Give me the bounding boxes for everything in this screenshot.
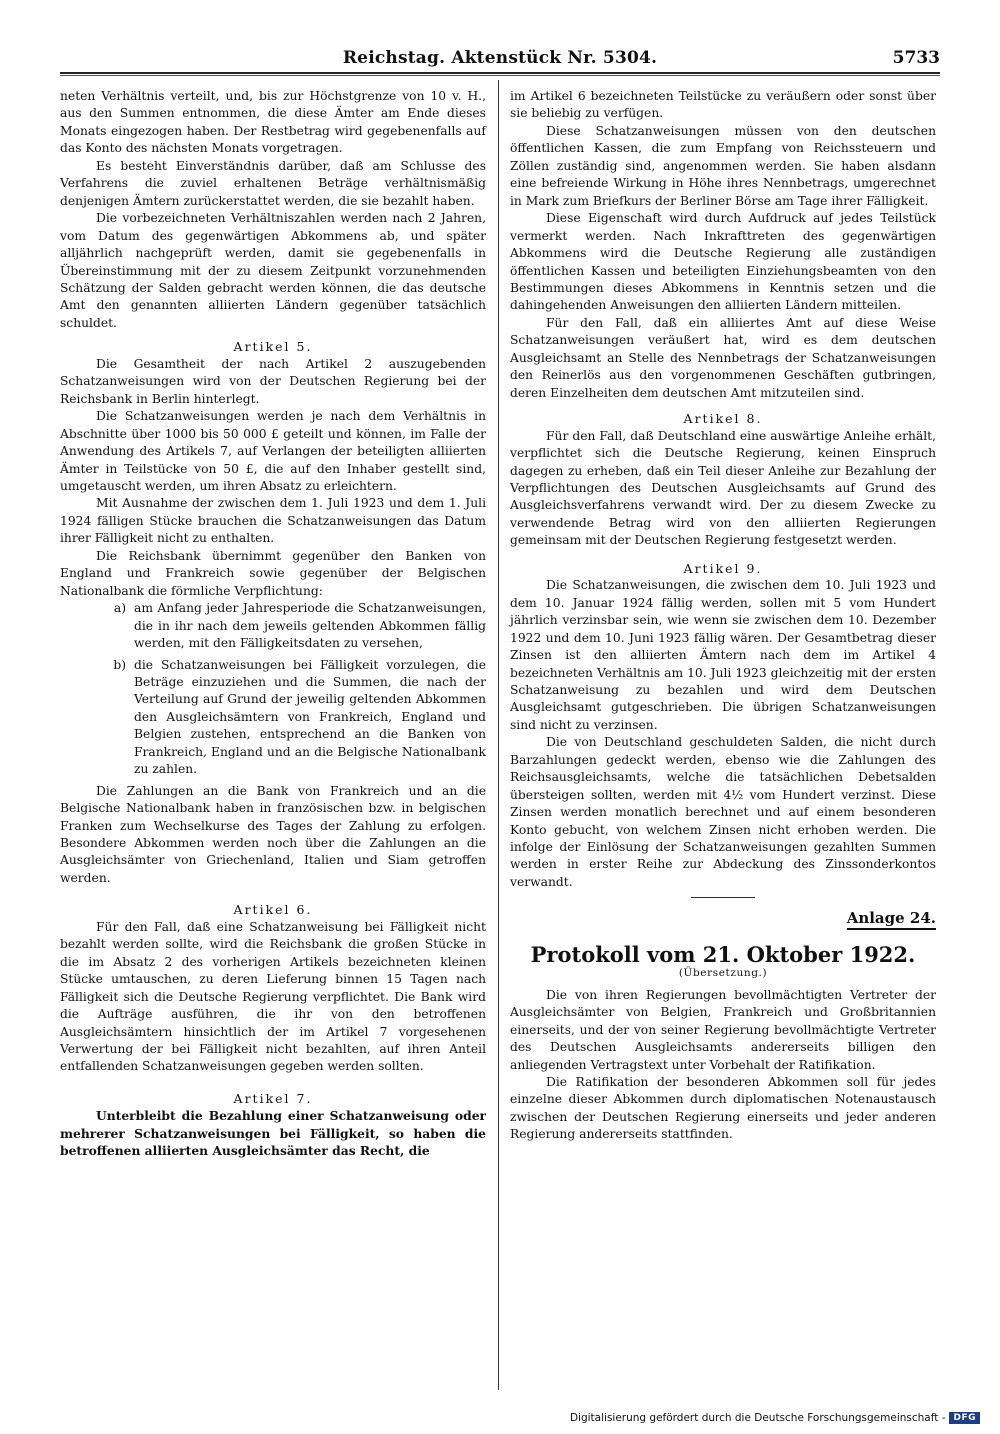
paragraph: Es besteht Einverständnis darüber, daß a… [60, 158, 486, 210]
section-separator [691, 897, 755, 898]
running-title: Reichstag. Aktenstück Nr. 5304. [60, 48, 940, 68]
annex-label: Anlage 24. [510, 910, 936, 927]
article-7-heading: Artikel 7. [60, 1090, 486, 1107]
left-column: neten Verhältnis verteilt, und, bis zur … [60, 88, 486, 1160]
list-label: a) [60, 600, 134, 652]
protocol-subtitle: (Übersetzung.) [510, 965, 936, 982]
paragraph: Für den Fall, daß Deutschland eine auswä… [510, 428, 936, 550]
credit-text: Digitalisierung gefördert durch die Deut… [570, 1412, 946, 1424]
article-9-heading: Artikel 9. [510, 560, 936, 577]
paragraph: Diese Schatzanweisungen müssen von den d… [510, 123, 936, 210]
column-divider [498, 80, 499, 1390]
obligation-list: a) am Anfang jeder Jahresperiode die Sch… [60, 600, 486, 779]
list-item: a) am Anfang jeder Jahresperiode die Sch… [60, 600, 486, 652]
paragraph: Die von Deutschland geschuldeten Salden,… [510, 734, 936, 891]
paragraph: neten Verhältnis verteilt, und, bis zur … [60, 88, 486, 158]
annex-label-text: Anlage 24. [847, 909, 936, 930]
page-number: 5733 [893, 48, 940, 68]
protocol-title: Protokoll vom 21. Oktober 1922. [510, 946, 936, 963]
page-header: Reichstag. Aktenstück Nr. 5304. 5733 [60, 48, 940, 70]
digitization-credit: Digitalisierung gefördert durch die Deut… [570, 1412, 980, 1424]
paragraph: Die Gesamtheit der nach Artikel 2 auszug… [60, 356, 486, 408]
paragraph: Die Schatzanweisungen, die zwischen dem … [510, 577, 936, 734]
paragraph: Für den Fall, daß ein alliiertes Amt auf… [510, 315, 936, 402]
paragraph: Die Reichsbank übernimmt gegenüber den B… [60, 548, 486, 600]
paragraph: Die Ratifikation der besonderen Abkommen… [510, 1074, 936, 1144]
paragraph: im Artikel 6 bezeichneten Teilstücke zu … [510, 88, 936, 123]
list-item: b) die Schatzanweisungen bei Fälligkeit … [60, 657, 486, 779]
article-6-heading: Artikel 6. [60, 901, 486, 918]
paragraph: Für den Fall, daß eine Schatzanweisung b… [60, 919, 486, 1076]
list-label: b) [60, 657, 134, 779]
paragraph: Die vorbezeichneten Verhältniszahlen wer… [60, 210, 486, 332]
header-rule [60, 72, 940, 76]
paragraph: Die von ihren Regierungen bevollmächtigt… [510, 987, 936, 1074]
list-text: die Schatzanweisungen bei Fälligkeit vor… [134, 657, 486, 779]
article-8-heading: Artikel 8. [510, 410, 936, 427]
paragraph: Unterbleibt die Bezahlung einer Schatzan… [60, 1107, 486, 1159]
paragraph: Diese Eigenschaft wird durch Aufdruck au… [510, 210, 936, 315]
right-column: im Artikel 6 bezeichneten Teilstücke zu … [510, 88, 936, 1144]
dfg-logo: DFG [949, 1412, 980, 1424]
article-5-heading: Artikel 5. [60, 338, 486, 355]
list-text: am Anfang jeder Jahresperiode die Schatz… [134, 600, 486, 652]
paragraph: Die Schatzanweisungen werden je nach dem… [60, 408, 486, 495]
paragraph: Mit Ausnahme der zwischen dem 1. Juli 19… [60, 495, 486, 547]
paragraph: Die Zahlungen an die Bank von Frankreich… [60, 783, 486, 888]
